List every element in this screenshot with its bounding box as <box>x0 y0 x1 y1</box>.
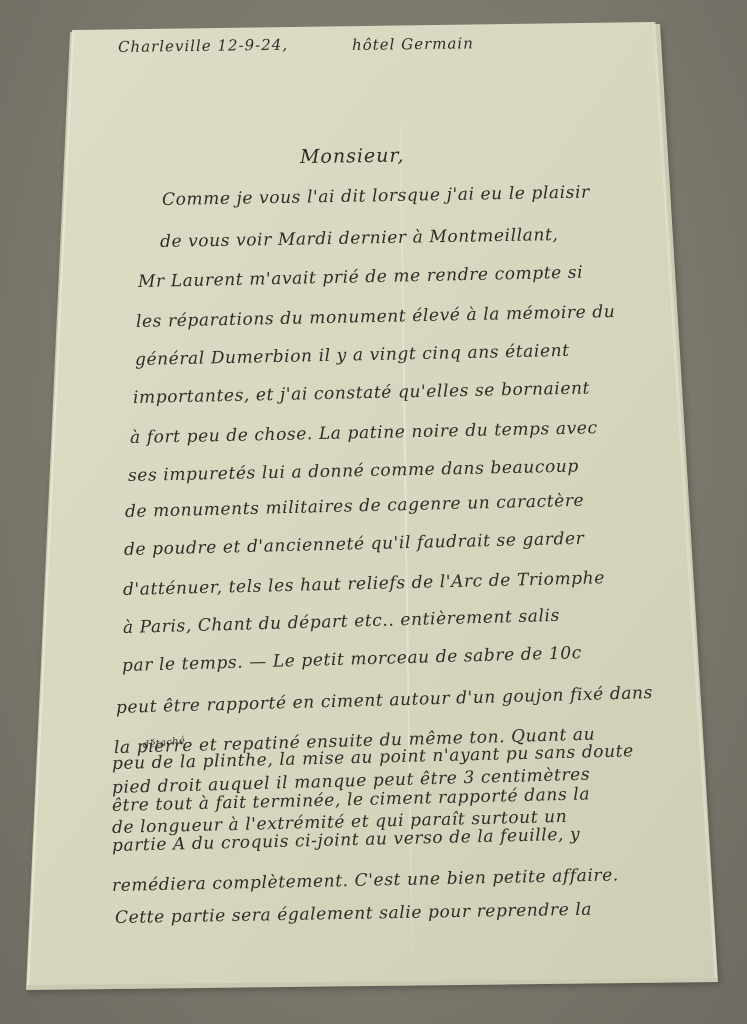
letter-text: Charleville 12-9-24, hôtel Germain Monsi… <box>0 0 747 1024</box>
letter-line-5: général Dumerbion il y a vingt cinq ans … <box>135 341 570 370</box>
letter-line-13: par le temps. — Le petit morceau de sabr… <box>122 643 582 676</box>
letter-line-9: de monuments militaires de cagenre un ca… <box>125 491 585 522</box>
letter-line-3: Mr Laurent m'avait prié de me rendre com… <box>138 263 584 292</box>
letter-line-12: à Paris, Chant du départ etc.. entièreme… <box>123 606 560 638</box>
letter-salutation: Monsieur, <box>300 145 405 168</box>
letter-line-6: importantes, et j'ai constaté qu'elles s… <box>133 378 590 408</box>
letter-line-8: ses impuretés lui a donné comme dans bea… <box>128 457 579 486</box>
letter-place-date: Charleville 12-9-24, <box>118 36 288 56</box>
letter-line-11: d'atténuer, tels les haut reliefs de l'A… <box>123 568 605 600</box>
letter-line-1: Comme je vous l'ai dit lorsque j'ai eu l… <box>162 183 590 210</box>
letter-line-14: peut être rapporté en ciment autour d'un… <box>116 683 653 718</box>
letter-line-21: remédiera complètement. C'est une bien p… <box>112 865 619 896</box>
letter-line-7: à fort peu de chose. La patine noire du … <box>130 418 598 448</box>
letter-line-22: Cette partie sera également salie pour r… <box>115 900 592 928</box>
letter-hotel-name: hôtel Germain <box>352 34 474 54</box>
letter-line-10: de poudre et d'ancienneté qu'il faudrait… <box>124 529 585 560</box>
letter-line-2: de vous voir Mardi dernier à Montmeillan… <box>160 225 559 252</box>
letter-line-4: les réparations du monument élevé à la m… <box>136 302 616 332</box>
